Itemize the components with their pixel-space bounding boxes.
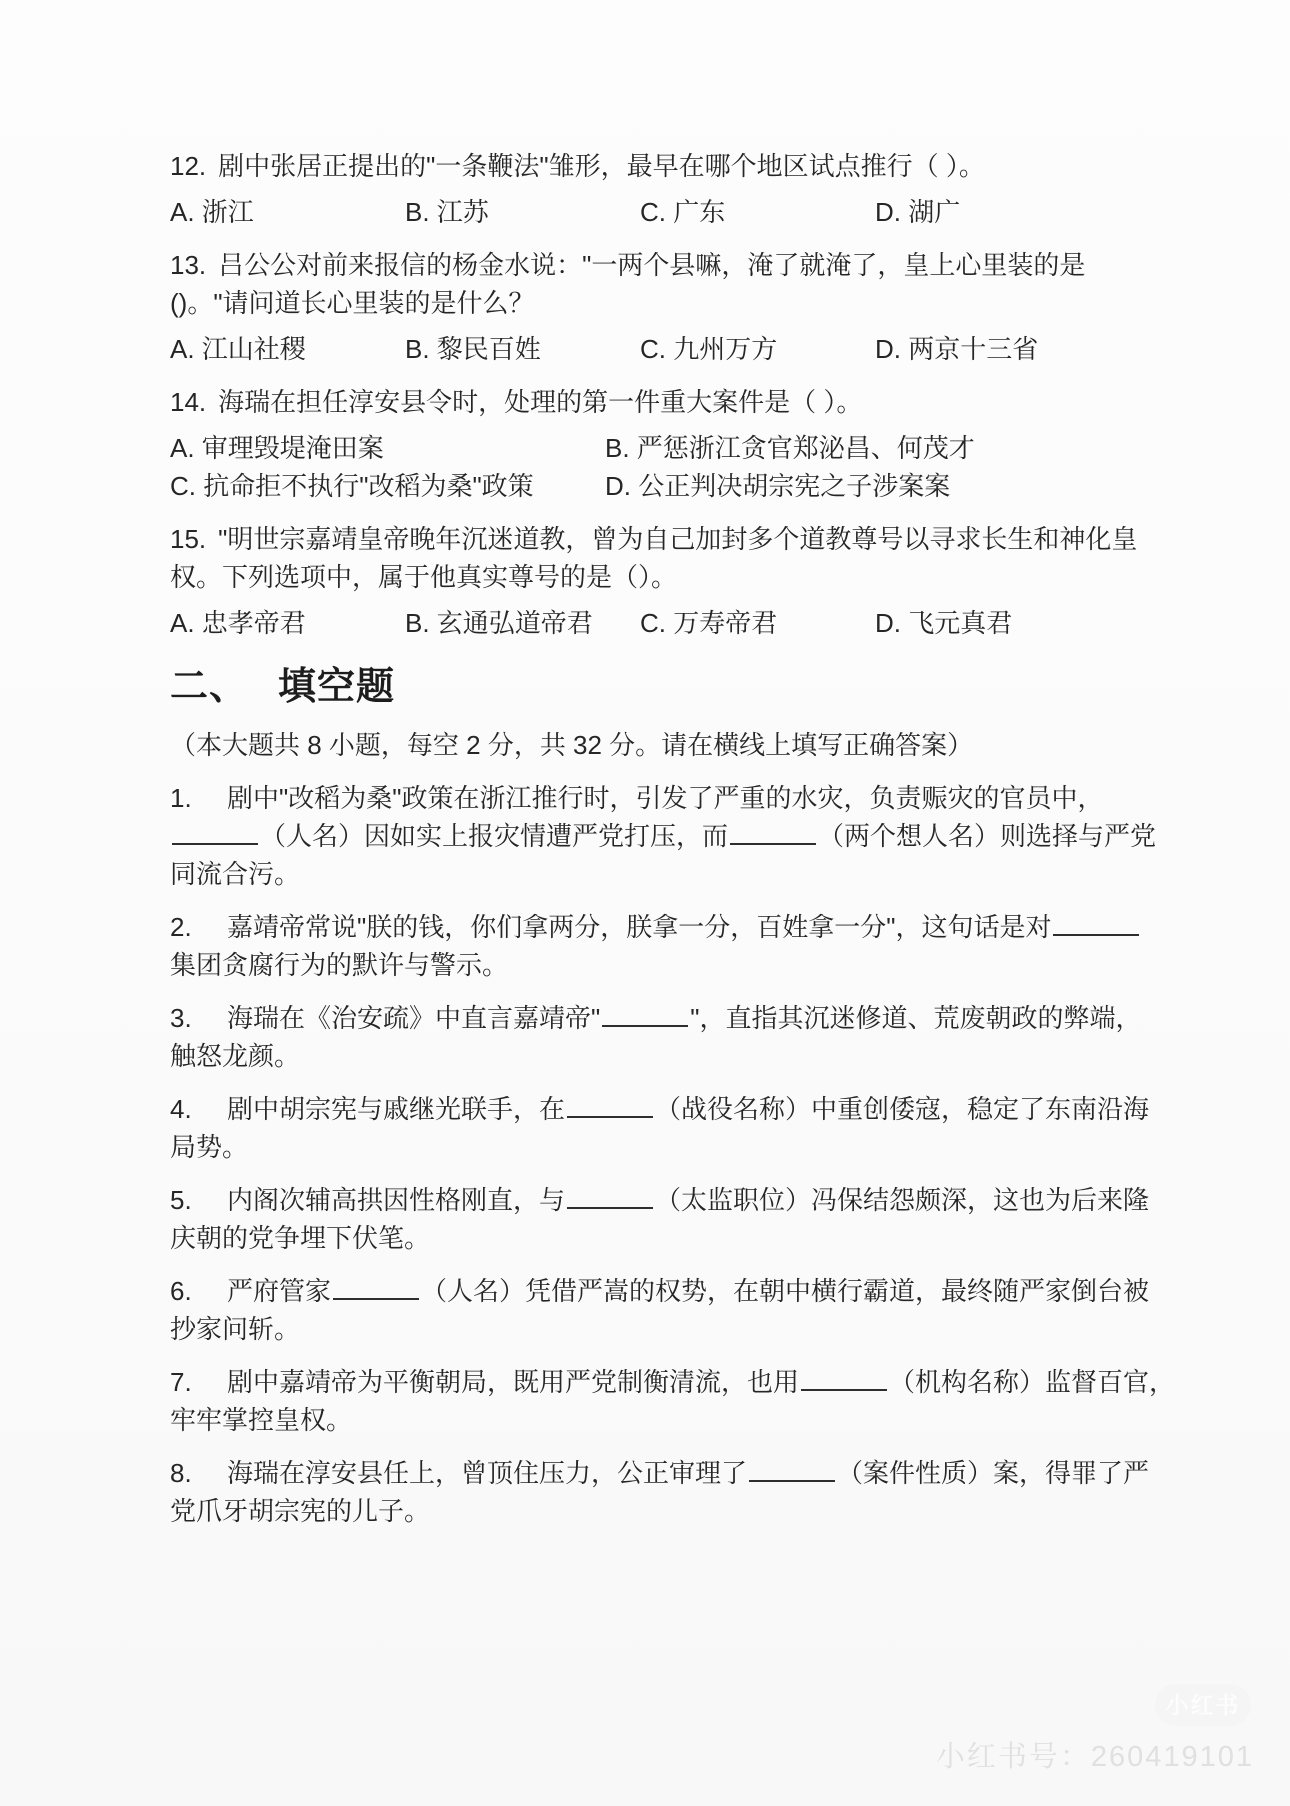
- fill-question-3: 3.海瑞在《治安疏》中直言嘉靖帝""，直指其沉迷修道、荒废朝政的弊端，触怒龙颜。: [170, 999, 1120, 1075]
- fill-blank: [567, 1193, 653, 1209]
- fill-blank: [172, 829, 258, 845]
- question-number: 14.: [170, 383, 206, 421]
- option-c: C. 万寿帝君: [640, 604, 875, 642]
- question-segment: 党爪牙胡宗宪的儿子。: [170, 1496, 430, 1526]
- fill-blank: [602, 1011, 688, 1027]
- fill-blank: [730, 829, 816, 845]
- question-number: 2.: [170, 908, 227, 946]
- question-segment: （太监职位）冯保结怨颇深，这也为后来隆: [655, 1185, 1149, 1215]
- question-segment: （两个想人名）则选择与严党: [818, 821, 1156, 851]
- question-segment: 牢牢掌控皇权。: [170, 1405, 352, 1435]
- question-line: 权。下列选项中，属于他真实尊号的是（）。: [170, 562, 677, 592]
- section-title: 填空题: [278, 666, 395, 708]
- section-instructions: （本大题共 8 小题，每空 2 分，共 32 分。请在横线上填写正确答案）: [170, 726, 1120, 764]
- question-line: 吕公公对前来报信的杨金水说："一两个县嘛，淹了就淹了，皇上心里装的是: [218, 250, 1085, 280]
- option-b: B. 玄通弘道帝君: [405, 604, 640, 642]
- question-12: 12.剧中张居正提出的"一条鞭法"雏形，最早在哪个地区试点推行（ ）。A. 浙江…: [170, 147, 1120, 231]
- option-c: C. 抗命拒不执行"改稻为桑"政策: [170, 467, 605, 505]
- question-text: 14.海瑞在担任淳安县令时，处理的第一件重大案件是（ ）。: [170, 383, 1120, 421]
- question-text: 7.剧中嘉靖帝为平衡朝局，既用严党制衡清流，也用（机构名称）监督百官，牢牢掌控皇…: [170, 1363, 1120, 1439]
- question-text: 5.内阁次辅高拱因性格刚直，与（太监职位）冯保结怨颇深，这也为后来隆庆朝的党争埋…: [170, 1181, 1120, 1257]
- fill-blank: [801, 1375, 887, 1391]
- question-segment: 剧中嘉靖帝为平衡朝局，既用严党制衡清流，也用: [227, 1367, 799, 1397]
- question-text: 3.海瑞在《治安疏》中直言嘉靖帝""，直指其沉迷修道、荒废朝政的弊端，触怒龙颜。: [170, 999, 1120, 1075]
- question-segment: 抄家问斩。: [170, 1314, 300, 1344]
- option-d: D. 两京十三省: [875, 330, 1038, 368]
- question-line: 海瑞在担任淳安县令时，处理的第一件重大案件是（ ）。: [218, 387, 862, 417]
- question-line: "明世宗嘉靖皇帝晚年沉迷道教，曾为自己加封多个道教尊号以寻求长生和神化皇: [218, 524, 1137, 554]
- question-text: 2.嘉靖帝常说"朕的钱，你们拿两分，朕拿一分，百姓拿一分"，这句话是对集团贪腐行…: [170, 908, 1120, 984]
- option-a: A. 江山社稷: [170, 330, 405, 368]
- watermark-account-id: 小红书号：260419101: [936, 1741, 1254, 1773]
- xiaohongshu-logo-text: 小红书: [1166, 1686, 1241, 1724]
- question-text: 1.剧中"改稻为桑"政策在浙江推行时，引发了严重的水灾，负责赈灾的官员中，（人名…: [170, 779, 1120, 893]
- question-number: 3.: [170, 999, 227, 1037]
- question-segment: 剧中胡宗宪与戚继光联手，在: [227, 1094, 565, 1124]
- question-number: 13.: [170, 246, 206, 284]
- fill-blank: [333, 1284, 419, 1300]
- fill-question-7: 7.剧中嘉靖帝为平衡朝局，既用严党制衡清流，也用（机构名称）监督百官，牢牢掌控皇…: [170, 1363, 1120, 1439]
- fill-question-2: 2.嘉靖帝常说"朕的钱，你们拿两分，朕拿一分，百姓拿一分"，这句话是对集团贪腐行…: [170, 908, 1120, 984]
- question-number: 4.: [170, 1090, 227, 1128]
- fill-question-4: 4.剧中胡宗宪与戚继光联手，在（战役名称）中重创倭寇，稳定了东南沿海局势。: [170, 1090, 1120, 1166]
- options-row: A. 浙江B. 江苏C. 广东D. 湖广: [170, 193, 1120, 231]
- option-b: B. 江苏: [405, 193, 640, 231]
- question-segment: 海瑞在淳安县任上，曾顶住压力，公正审理了: [227, 1458, 747, 1488]
- question-segment: "，直指其沉迷修道、荒废朝政的弊端，: [690, 1003, 1141, 1033]
- option-d: D. 湖广: [875, 193, 960, 231]
- fill-question-1: 1.剧中"改稻为桑"政策在浙江推行时，引发了严重的水灾，负责赈灾的官员中，（人名…: [170, 779, 1120, 893]
- question-segment: （机构名称）监督百官，: [889, 1367, 1175, 1397]
- options-row: A. 江山社稷B. 黎民百姓C. 九州万方D. 两京十三省: [170, 330, 1120, 368]
- option-b: B. 黎民百姓: [405, 330, 640, 368]
- fill-question-5: 5.内阁次辅高拱因性格刚直，与（太监职位）冯保结怨颇深，这也为后来隆庆朝的党争埋…: [170, 1181, 1120, 1257]
- option-a: A. 忠孝帝君: [170, 604, 405, 642]
- question-segment: 嘉靖帝常说"朕的钱，你们拿两分，朕拿一分，百姓拿一分"，这句话是对: [227, 912, 1051, 942]
- mcq-section: 12.剧中张居正提出的"一条鞭法"雏形，最早在哪个地区试点推行（ ）。A. 浙江…: [170, 147, 1120, 642]
- question-segment: （案件性质）案，得罪了严: [837, 1458, 1149, 1488]
- question-segment: 集团贪腐行为的默许与警示。: [170, 950, 508, 980]
- question-14: 14.海瑞在担任淳安县令时，处理的第一件重大案件是（ ）。A. 审理毁堤淹田案B…: [170, 383, 1120, 505]
- fill-blank: [567, 1102, 653, 1118]
- question-text: 13.吕公公对前来报信的杨金水说："一两个县嘛，淹了就淹了，皇上心里装的是 ()…: [170, 246, 1120, 322]
- question-number: 15.: [170, 520, 206, 558]
- options-row: A. 审理毁堤淹田案B. 严惩浙江贪官郑泌昌、何茂才C. 抗命拒不执行"改稻为桑…: [170, 429, 1120, 505]
- question-line: 剧中张居正提出的"一条鞭法"雏形，最早在哪个地区试点推行（ ）。: [218, 151, 985, 181]
- question-segment: 局势。: [170, 1132, 248, 1162]
- option-c: C. 九州万方: [640, 330, 875, 368]
- question-number: 1.: [170, 779, 227, 817]
- fill-blank: [749, 1466, 835, 1482]
- question-text: 8.海瑞在淳安县任上，曾顶住压力，公正审理了（案件性质）案，得罪了严党爪牙胡宗宪…: [170, 1454, 1120, 1530]
- question-segment: 海瑞在《治安疏》中直言嘉靖帝": [227, 1003, 600, 1033]
- option-d: D. 公正判决胡宗宪之子涉案案: [605, 467, 1120, 505]
- question-segment: （人名）凭借严嵩的权势，在朝中横行霸道，最终随严家倒台被: [421, 1276, 1149, 1306]
- fill-question-8: 8.海瑞在淳安县任上，曾顶住压力，公正审理了（案件性质）案，得罪了严党爪牙胡宗宪…: [170, 1454, 1120, 1530]
- question-segment: 同流合污。: [170, 859, 300, 889]
- question-segment: 内阁次辅高拱因性格刚直，与: [227, 1185, 565, 1215]
- question-15: 15."明世宗嘉靖皇帝晚年沉迷道教，曾为自己加封多个道教尊号以寻求长生和神化皇权…: [170, 520, 1120, 642]
- options-row: A. 忠孝帝君B. 玄通弘道帝君C. 万寿帝君D. 飞元真君: [170, 604, 1120, 642]
- question-number: 7.: [170, 1363, 227, 1401]
- question-13: 13.吕公公对前来报信的杨金水说："一两个县嘛，淹了就淹了，皇上心里装的是 ()…: [170, 246, 1120, 368]
- question-number: 12.: [170, 147, 206, 185]
- question-text: 6.严府管家（人名）凭借严嵩的权势，在朝中横行霸道，最终随严家倒台被抄家问斩。: [170, 1272, 1120, 1348]
- fill-blank: [1053, 920, 1139, 936]
- option-a: A. 浙江: [170, 193, 405, 231]
- question-text: 4.剧中胡宗宪与戚继光联手，在（战役名称）中重创倭寇，稳定了东南沿海局势。: [170, 1090, 1120, 1166]
- xiaohongshu-logo: 小红书: [1155, 1684, 1251, 1726]
- question-number: 6.: [170, 1272, 227, 1310]
- question-segment: （战役名称）中重创倭寇，稳定了东南沿海: [655, 1094, 1149, 1124]
- question-segment: （人名）因如实上报灾情遭严党打压，而: [260, 821, 728, 851]
- exam-page: 12.剧中张居正提出的"一条鞭法"雏形，最早在哪个地区试点推行（ ）。A. 浙江…: [0, 0, 1290, 1806]
- question-segment: 庆朝的党争埋下伏笔。: [170, 1223, 430, 1253]
- fill-question-6: 6.严府管家（人名）凭借严嵩的权势，在朝中横行霸道，最终随严家倒台被抄家问斩。: [170, 1272, 1120, 1348]
- question-text: 12.剧中张居正提出的"一条鞭法"雏形，最早在哪个地区试点推行（ ）。: [170, 147, 1120, 185]
- fill-in-blank-section: 1.剧中"改稻为桑"政策在浙江推行时，引发了严重的水灾，负责赈灾的官员中，（人名…: [170, 779, 1120, 1530]
- option-d: D. 飞元真君: [875, 604, 1012, 642]
- question-text: 15."明世宗嘉靖皇帝晚年沉迷道教，曾为自己加封多个道教尊号以寻求长生和神化皇权…: [170, 520, 1120, 596]
- section-number: 二、: [170, 666, 248, 708]
- option-a: A. 审理毁堤淹田案: [170, 429, 605, 467]
- question-line: ()。"请问道长心里装的是什么？: [170, 288, 535, 318]
- section-heading: 二、填空题: [170, 664, 1120, 710]
- option-c: C. 广东: [640, 193, 875, 231]
- question-number: 8.: [170, 1454, 227, 1492]
- question-number: 5.: [170, 1181, 227, 1219]
- question-segment: 触怒龙颜。: [170, 1041, 300, 1071]
- option-b: B. 严惩浙江贪官郑泌昌、何茂才: [605, 429, 1120, 467]
- question-segment: 剧中"改稻为桑"政策在浙江推行时，引发了严重的水灾，负责赈灾的官员中，: [227, 783, 1103, 813]
- question-segment: 严府管家: [227, 1276, 331, 1306]
